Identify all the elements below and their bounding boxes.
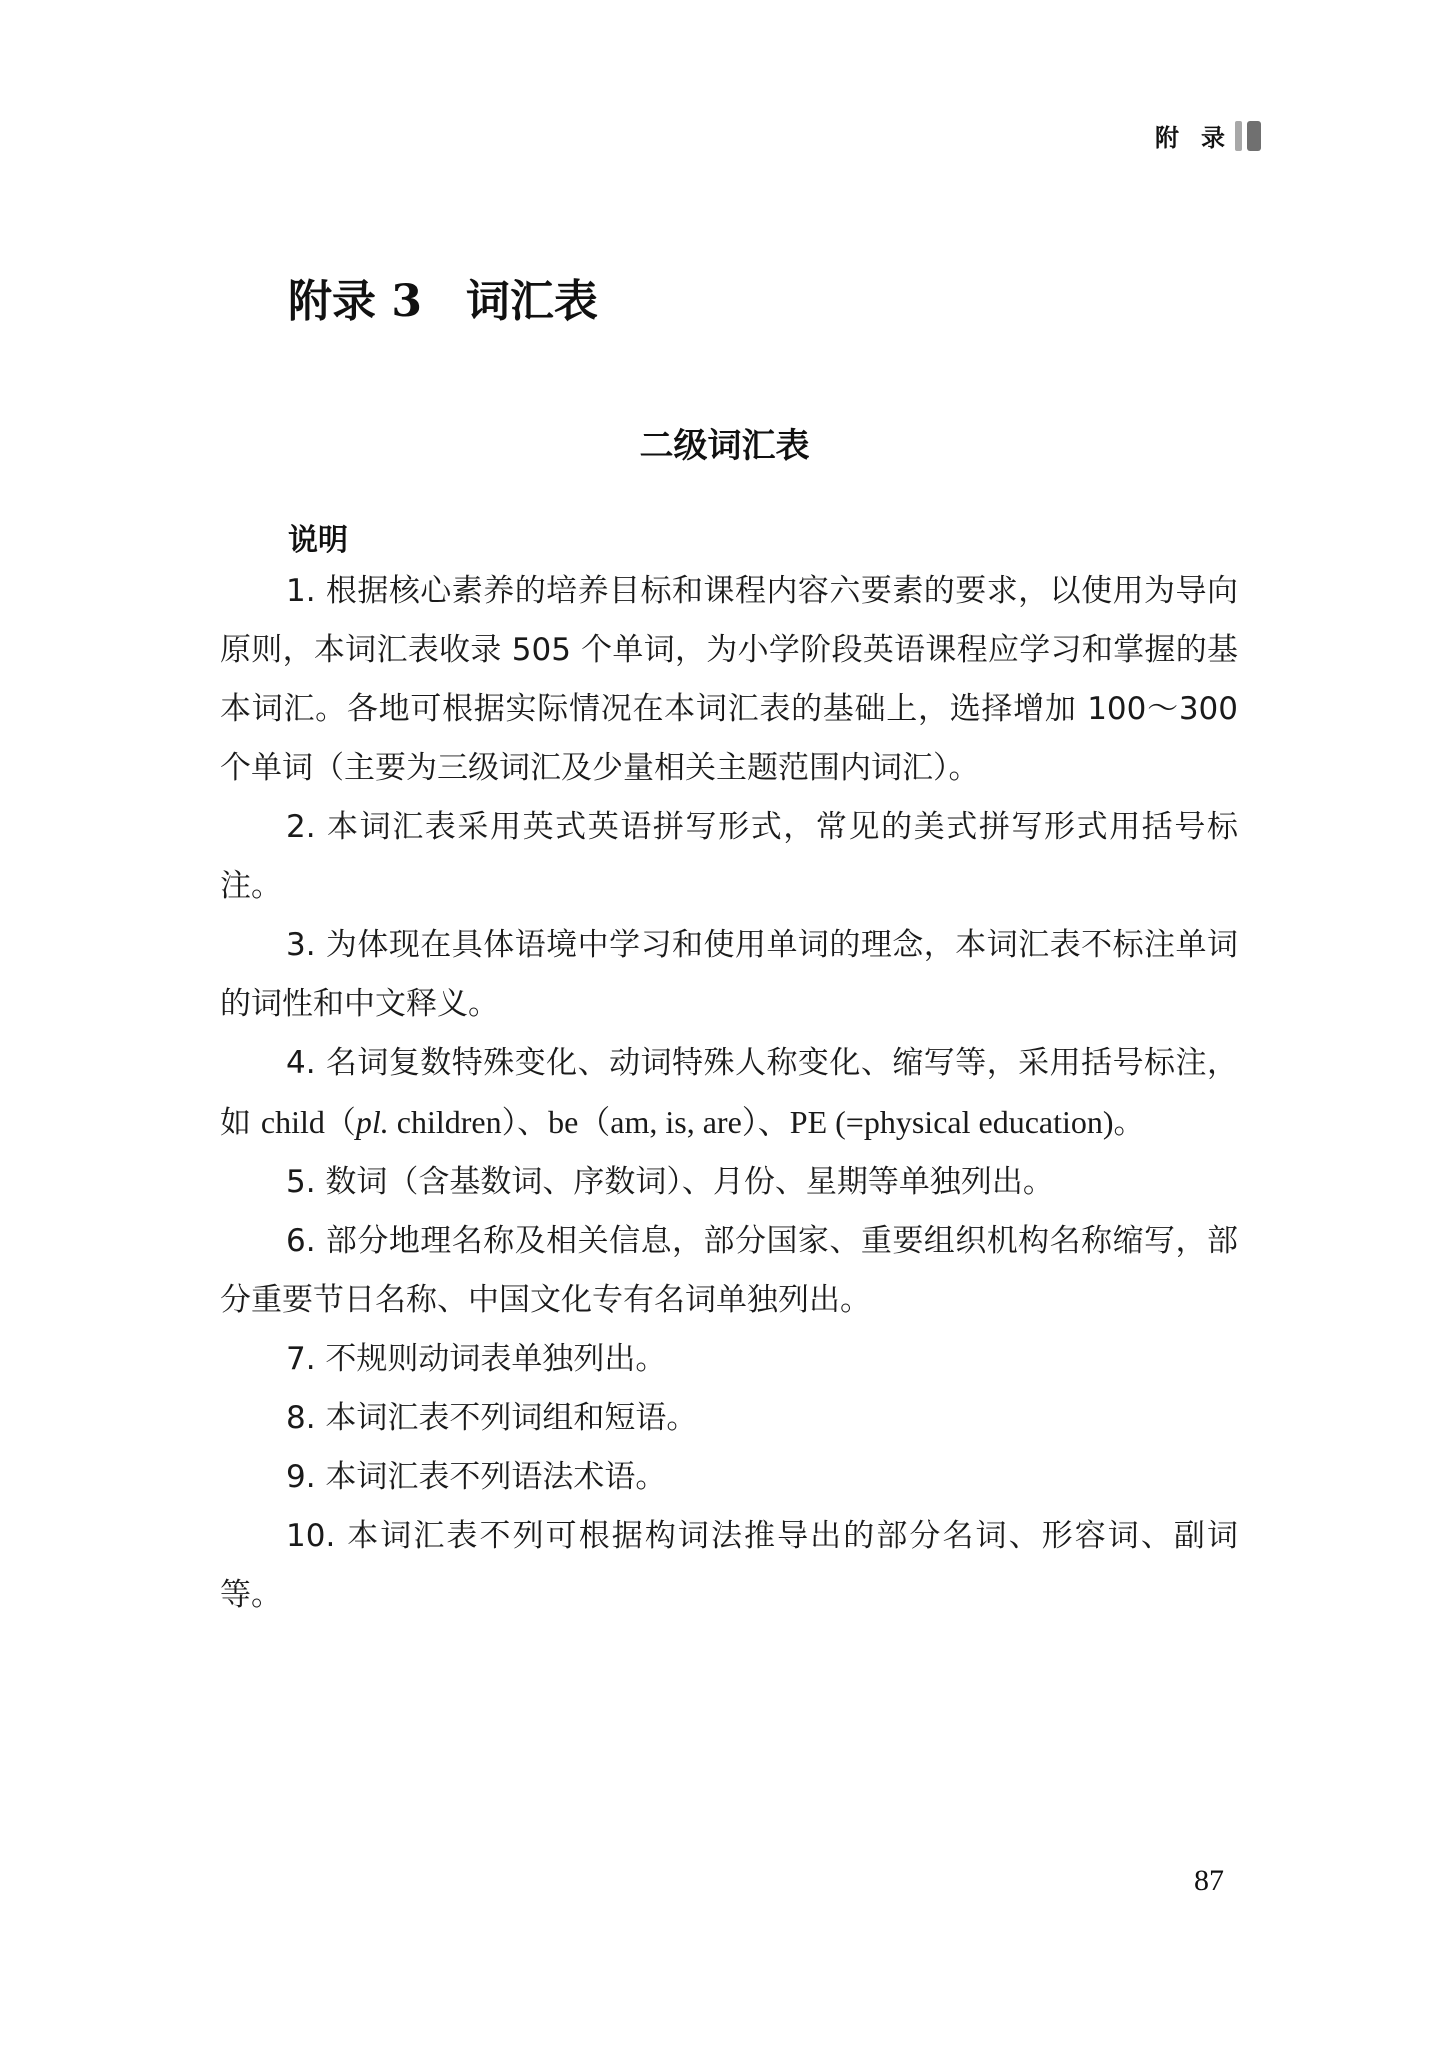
note-item-1: 1. 根据核心素养的培养目标和课程内容六要素的要求，以使用为导向原则，本词汇表收… — [220, 562, 1238, 798]
note-4-example-be: be — [548, 1104, 578, 1140]
header-bar-marker-icon — [1235, 121, 1261, 151]
note-item-2: 2. 本词汇表采用英式英语拼写形式，常见的美式拼写形式用括号标注。 — [220, 798, 1238, 916]
note-item-9: 9. 本词汇表不列语法术语。 — [220, 1448, 1238, 1507]
note-item-5: 5. 数词（含基数词、序数词）、月份、星期等单独列出。 — [220, 1153, 1238, 1212]
appendix-title: 附录 3 词汇表 — [288, 265, 598, 329]
note-4-paren-open: （ — [325, 1105, 356, 1141]
note-item-8: 8. 本词汇表不列词组和短语。 — [220, 1389, 1238, 1448]
header-bar-dark — [1247, 121, 1261, 151]
header-bar-light — [1235, 121, 1242, 151]
note-4-paren-close: ）、 — [502, 1105, 549, 1141]
note-4-example-children: children — [389, 1104, 502, 1140]
running-header-text: 附录 — [1155, 118, 1247, 153]
section-title: 二级词汇表 — [0, 418, 1449, 467]
notes-list: 1. 根据核心素养的培养目标和课程内容六要素的要求，以使用为导向原则，本词汇表收… — [220, 562, 1238, 1625]
note-4-suffix: 。 — [1114, 1105, 1145, 1141]
running-header: 附录 — [1155, 118, 1261, 153]
note-item-10: 10. 本词汇表不列可根据构词法推导出的部分名词、形容词、副词等。 — [220, 1507, 1238, 1625]
note-4-example-child: child — [261, 1104, 325, 1140]
note-4-example-be-forms: （am, is, are）、 — [578, 1104, 790, 1140]
notes-heading: 说明 — [288, 515, 348, 559]
note-item-3: 3. 为体现在具体语境中学习和使用单词的理念，本词汇表不标注单词的词性和中文释义… — [220, 916, 1238, 1034]
note-item-4: 4. 名词复数特殊变化、动词特殊人称变化、缩写等，采用括号标注，如 child（… — [220, 1034, 1238, 1153]
note-item-7: 7. 不规则动词表单独列出。 — [220, 1330, 1238, 1389]
note-4-example-pe: PE (=physical education) — [790, 1104, 1114, 1140]
note-4-plural-abbr: pl. — [356, 1104, 389, 1140]
note-item-6: 6. 部分地理名称及相关信息，部分国家、重要组织机构名称缩写，部分重要节日名称、… — [220, 1212, 1238, 1330]
page-number: 87 — [1194, 1864, 1224, 1898]
